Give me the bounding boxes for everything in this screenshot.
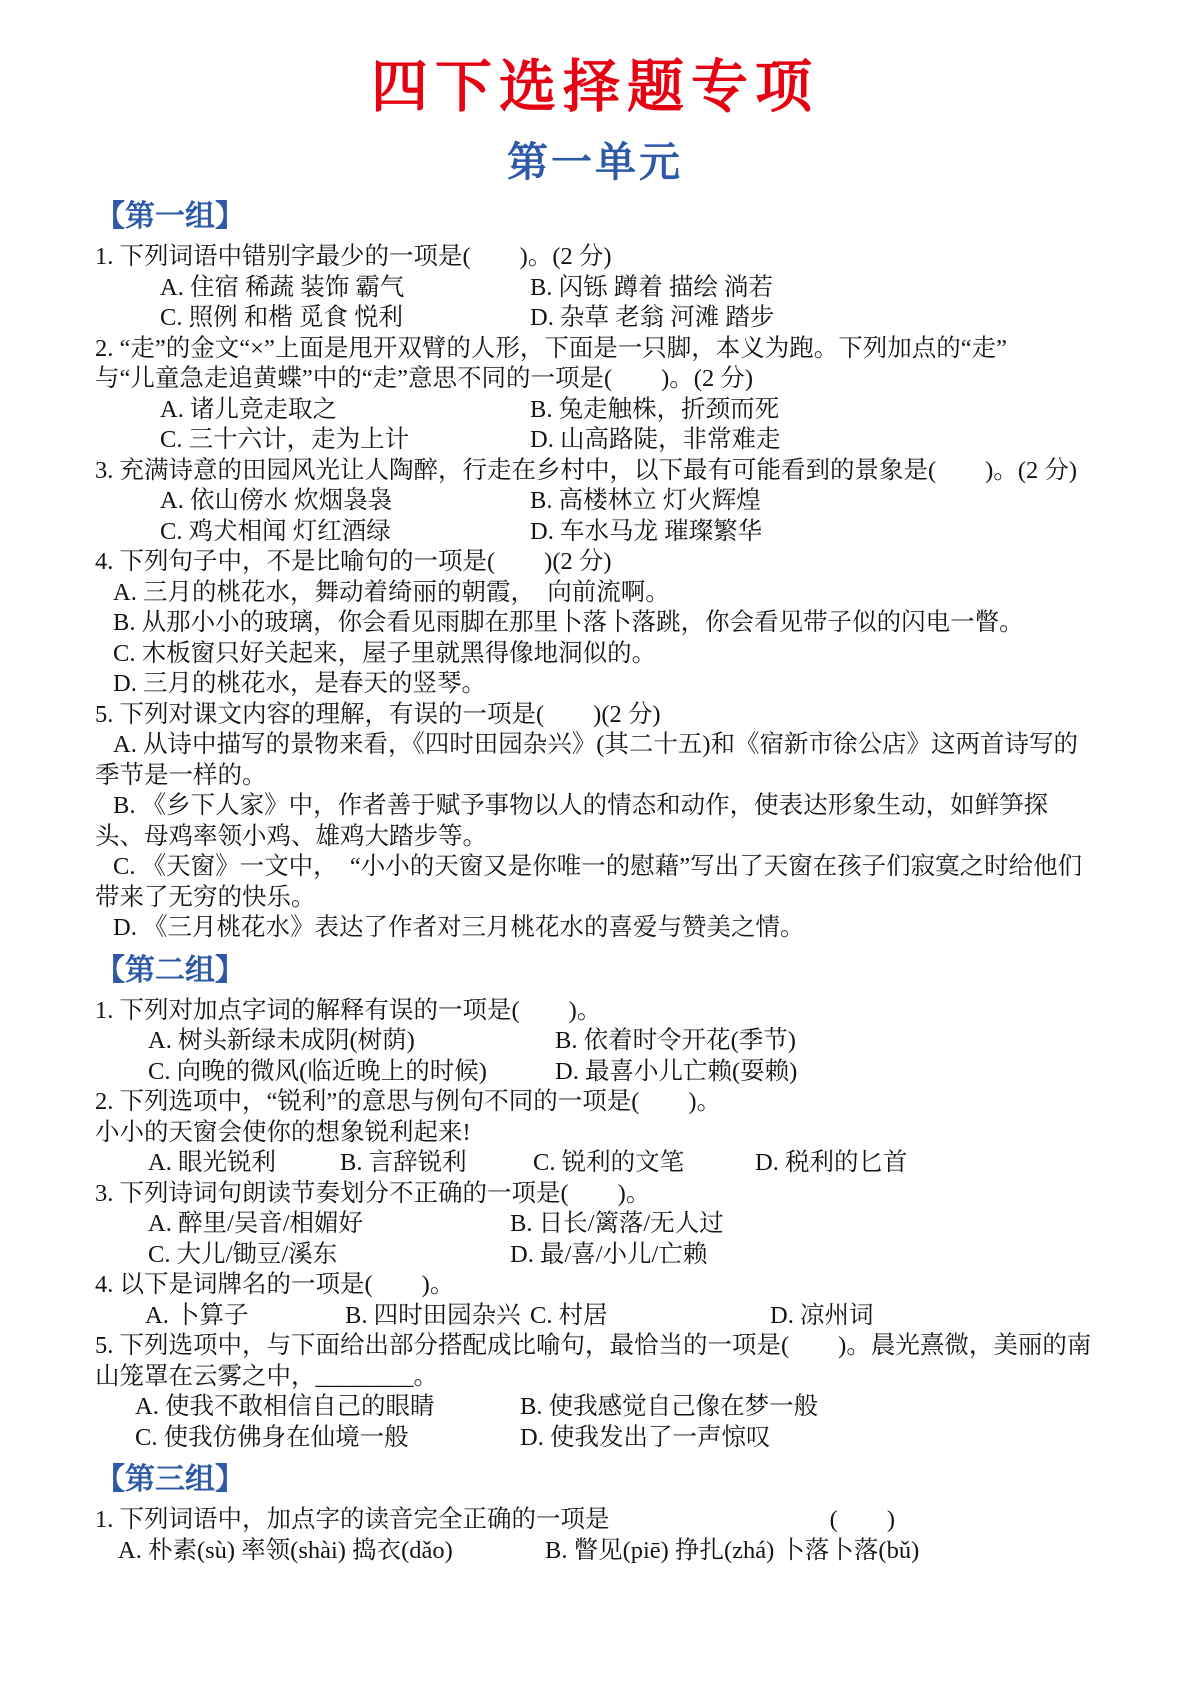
option-a: A. 树头新绿未成阴(树荫) [95,1026,555,1057]
section-group-3: 【第三组】 1. 下列词语中，加点字的读音完全正确的一项是 ( ) A. 朴素(… [95,1461,1095,1566]
option-a: A. 朴素(sù) 率领(shài) 捣衣(dǎo) [95,1536,545,1567]
section-group-2: 【第二组】 1. 下列对加点字词的解释有误的一项是( )。 A. 树头新绿未成阴… [95,952,1095,1454]
option-c: C. 大儿/锄豆/溪东 [95,1240,510,1271]
option-a: A. 使我不敢相信自己的眼睛 [95,1392,520,1423]
section-heading: 【第三组】 [95,1461,1095,1499]
option-row: A. 醉里/吴音/相媚好 B. 日长/篱落/无人过 [95,1209,1095,1240]
question: 2. “走”的金文“×”上面是甩开双臂的人形，下面是一只脚，本义为跑。下列加点的… [95,334,1095,456]
question-stem: 4. 下列句子中，不是比喻句的一项是( )(2 分) [95,547,1095,578]
test-paper-page: 四下选择题专项 第一单元 【第一组】 1. 下列词语中错别字最少的一项是( )。… [0,0,1190,1682]
option-b: B. 从那小小的玻璃，你会看见雨脚在那里卜落卜落跳，你会看见带子似的闪电一瞥。 [95,608,1095,639]
section-heading: 【第一组】 [95,198,1095,236]
option-b: B. 依着时令开花(季节) [555,1026,1095,1057]
option-row: A. 住宿 稀蔬 装饰 霸气 B. 闪铄 蹲着 描绘 淌若 [95,273,1095,304]
page-title: 四下选择题专项 [95,52,1095,124]
option-b: B. 兔走触株，折颈而死 [530,395,1095,426]
option-c: C. 三十六计，走为上计 [95,425,530,456]
option-row: C. 照例 和楷 觅食 悦利 D. 杂草 老翁 河滩 踏步 [95,303,1095,334]
option-row: C. 三十六计，走为上计 D. 山高路陡，非常难走 [95,425,1095,456]
option-row: A. 卜算子 B. 四时田园杂兴 C. 村居 D. 凉州词 [95,1301,1095,1332]
option-row: A. 朴素(sù) 率领(shài) 捣衣(dǎo) B. 瞥见(piē) 挣扎… [95,1536,1095,1567]
question: 1. 下列词语中，加点字的读音完全正确的一项是 ( ) A. 朴素(sù) 率领… [95,1505,1095,1566]
option-b: B. 言辞锐利 [340,1148,533,1179]
question: 2. 下列选项中，“锐利”的意思与例句不同的一项是( )。 小小的天窗会使你的想… [95,1087,1095,1179]
option-b: B. 使我感觉自己像在梦一般 [520,1392,1095,1423]
option-row: A. 诸儿竞走取之 B. 兔走触株，折颈而死 [95,395,1095,426]
option-row: C. 使我仿佛身在仙境一般 D. 使我发出了一声惊叹 [95,1423,1095,1454]
option-b: B. 闪铄 蹲着 描绘 淌若 [530,273,1095,304]
option-c: C. 《天窗》一文中， “小小的天窗又是你唯一的慰藉”写出了天窗在孩子们寂寞之时… [95,852,1095,913]
example-sentence: 小小的天窗会使你的想象锐利起来! [95,1118,1095,1149]
option-d: D. 使我发出了一声惊叹 [520,1423,1095,1454]
option-a: A. 三月的桃花水，舞动着绮丽的朝霞， 向前流啊。 [95,578,1095,609]
option-a: A. 依山傍水 炊烟袅袅 [95,486,530,517]
question: 1. 下列词语中错别字最少的一项是( )。(2 分) A. 住宿 稀蔬 装饰 霸… [95,242,1095,334]
question-stem: 1. 下列词语中，加点字的读音完全正确的一项是 [95,1505,610,1536]
option-c: C. 向晚的微风(临近晚上的时候) [95,1057,555,1088]
question: 3. 下列诗词句朗读节奏划分不正确的一项是( )。 A. 醉里/吴音/相媚好 B… [95,1179,1095,1271]
option-d: D. 最喜小儿亡赖(耍赖) [555,1057,1095,1088]
question: 3. 充满诗意的田园风光让人陶醉，行走在乡村中，以下最有可能看到的景象是( )。… [95,456,1095,548]
question-stem: 3. 下列诗词句朗读节奏划分不正确的一项是( )。 [95,1179,1095,1210]
question-stem-row: 1. 下列词语中，加点字的读音完全正确的一项是 ( ) [95,1505,1095,1536]
option-a: A. 卜算子 [145,1301,345,1332]
question-stem: 2. 下列选项中，“锐利”的意思与例句不同的一项是( )。 [95,1087,1095,1118]
option-a: A. 从诗中描写的景物来看，《四时田园杂兴》(其二十五)和《宿新市徐公店》这两首… [95,730,1095,791]
option-b: B. 《乡下人家》中，作者善于赋予事物以人的情态和动作，使表达形象生动，如鲜笋探… [95,791,1095,852]
option-a: A. 住宿 稀蔬 装饰 霸气 [95,273,530,304]
question: 4. 以下是词牌名的一项是( )。 A. 卜算子 B. 四时田园杂兴 C. 村居… [95,1270,1095,1331]
option-c: C. 鸡犬相闻 灯红酒绿 [95,517,530,548]
question-stem: 4. 以下是词牌名的一项是( )。 [95,1270,1095,1301]
option-c: C. 照例 和楷 觅食 悦利 [95,303,530,334]
question-stem: 3. 充满诗意的田园风光让人陶醉，行走在乡村中，以下最有可能看到的景象是( )。… [95,456,1095,487]
question: 4. 下列句子中，不是比喻句的一项是( )(2 分) A. 三月的桃花水，舞动着… [95,547,1095,700]
option-row: C. 大儿/锄豆/溪东 D. 最/喜/小儿/亡赖 [95,1240,1095,1271]
option-b: B. 四时田园杂兴 [345,1301,530,1332]
answer-paren: ( ) [830,1505,895,1536]
question: 1. 下列对加点字词的解释有误的一项是( )。 A. 树头新绿未成阴(树荫) B… [95,996,1095,1088]
option-d: D. 凉州词 [770,1301,1095,1332]
option-row: C. 鸡犬相闻 灯红酒绿 D. 车水马龙 璀璨繁华 [95,517,1095,548]
option-a: A. 醉里/吴音/相媚好 [95,1209,510,1240]
section-group-1: 【第一组】 1. 下列词语中错别字最少的一项是( )。(2 分) A. 住宿 稀… [95,198,1095,944]
question-stem: 5. 下列选项中，与下面给出部分搭配成比喻句，最恰当的一项是( )。晨光熹微，美… [95,1331,1095,1362]
question-stem-blank: 山笼罩在云雾之中，________。 [95,1362,1095,1393]
option-c: C. 锐利的文笔 [533,1148,755,1179]
option-c: C. 使我仿佛身在仙境一般 [95,1423,520,1454]
option-d: D. 三月的桃花水，是春天的竖琴。 [95,669,1095,700]
option-c: C. 木板窗只好关起来，屋子里就黑得像地洞似的。 [95,639,1095,670]
option-d: D. 车水马龙 璀璨繁华 [530,517,1095,548]
option-d: D. 杂草 老翁 河滩 踏步 [530,303,1095,334]
option-d: D. 税利的匕首 [755,1148,1095,1179]
option-a: A. 诸儿竞走取之 [95,395,530,426]
option-d: D. 最/喜/小儿/亡赖 [510,1240,1095,1271]
option-row: A. 树头新绿未成阴(树荫) B. 依着时令开花(季节) [95,1026,1095,1057]
option-row: A. 依山傍水 炊烟袅袅 B. 高楼林立 灯火辉煌 [95,486,1095,517]
option-a: A. 眼光锐利 [148,1148,340,1179]
option-row: A. 眼光锐利 B. 言辞锐利 C. 锐利的文笔 D. 税利的匕首 [95,1148,1095,1179]
section-heading: 【第二组】 [95,952,1095,990]
option-b: B. 瞥见(piē) 挣扎(zhá) 卜落卜落(bǔ) [545,1536,1095,1567]
question: 5. 下列选项中，与下面给出部分搭配成比喻句，最恰当的一项是( )。晨光熹微，美… [95,1331,1095,1453]
question-stem: 1. 下列词语中错别字最少的一项是( )。(2 分) [95,242,1095,273]
option-b: B. 高楼林立 灯火辉煌 [530,486,1095,517]
question: 5. 下列对课文内容的理解，有误的一项是( )(2 分) A. 从诗中描写的景物… [95,700,1095,944]
option-d: D. 山高路陡，非常难走 [530,425,1095,456]
option-row: C. 向晚的微风(临近晚上的时候) D. 最喜小儿亡赖(耍赖) [95,1057,1095,1088]
question-stem: 5. 下列对课文内容的理解，有误的一项是( )(2 分) [95,700,1095,731]
unit-subtitle: 第一单元 [95,134,1095,190]
option-b: B. 日长/篱落/无人过 [510,1209,1095,1240]
option-c: C. 村居 [530,1301,770,1332]
question-stem: 1. 下列对加点字词的解释有误的一项是( )。 [95,996,1095,1027]
option-d: D. 《三月桃花水》表达了作者对三月桃花水的喜爱与赞美之情。 [95,913,1095,944]
question-stem: 2. “走”的金文“×”上面是甩开双臂的人形，下面是一只脚，本义为跑。下列加点的… [95,334,1095,365]
option-row: A. 使我不敢相信自己的眼睛 B. 使我感觉自己像在梦一般 [95,1392,1095,1423]
question-stem: 与“儿童急走追黄蝶”中的“走”意思不同的一项是( )。(2 分) [95,364,1095,395]
